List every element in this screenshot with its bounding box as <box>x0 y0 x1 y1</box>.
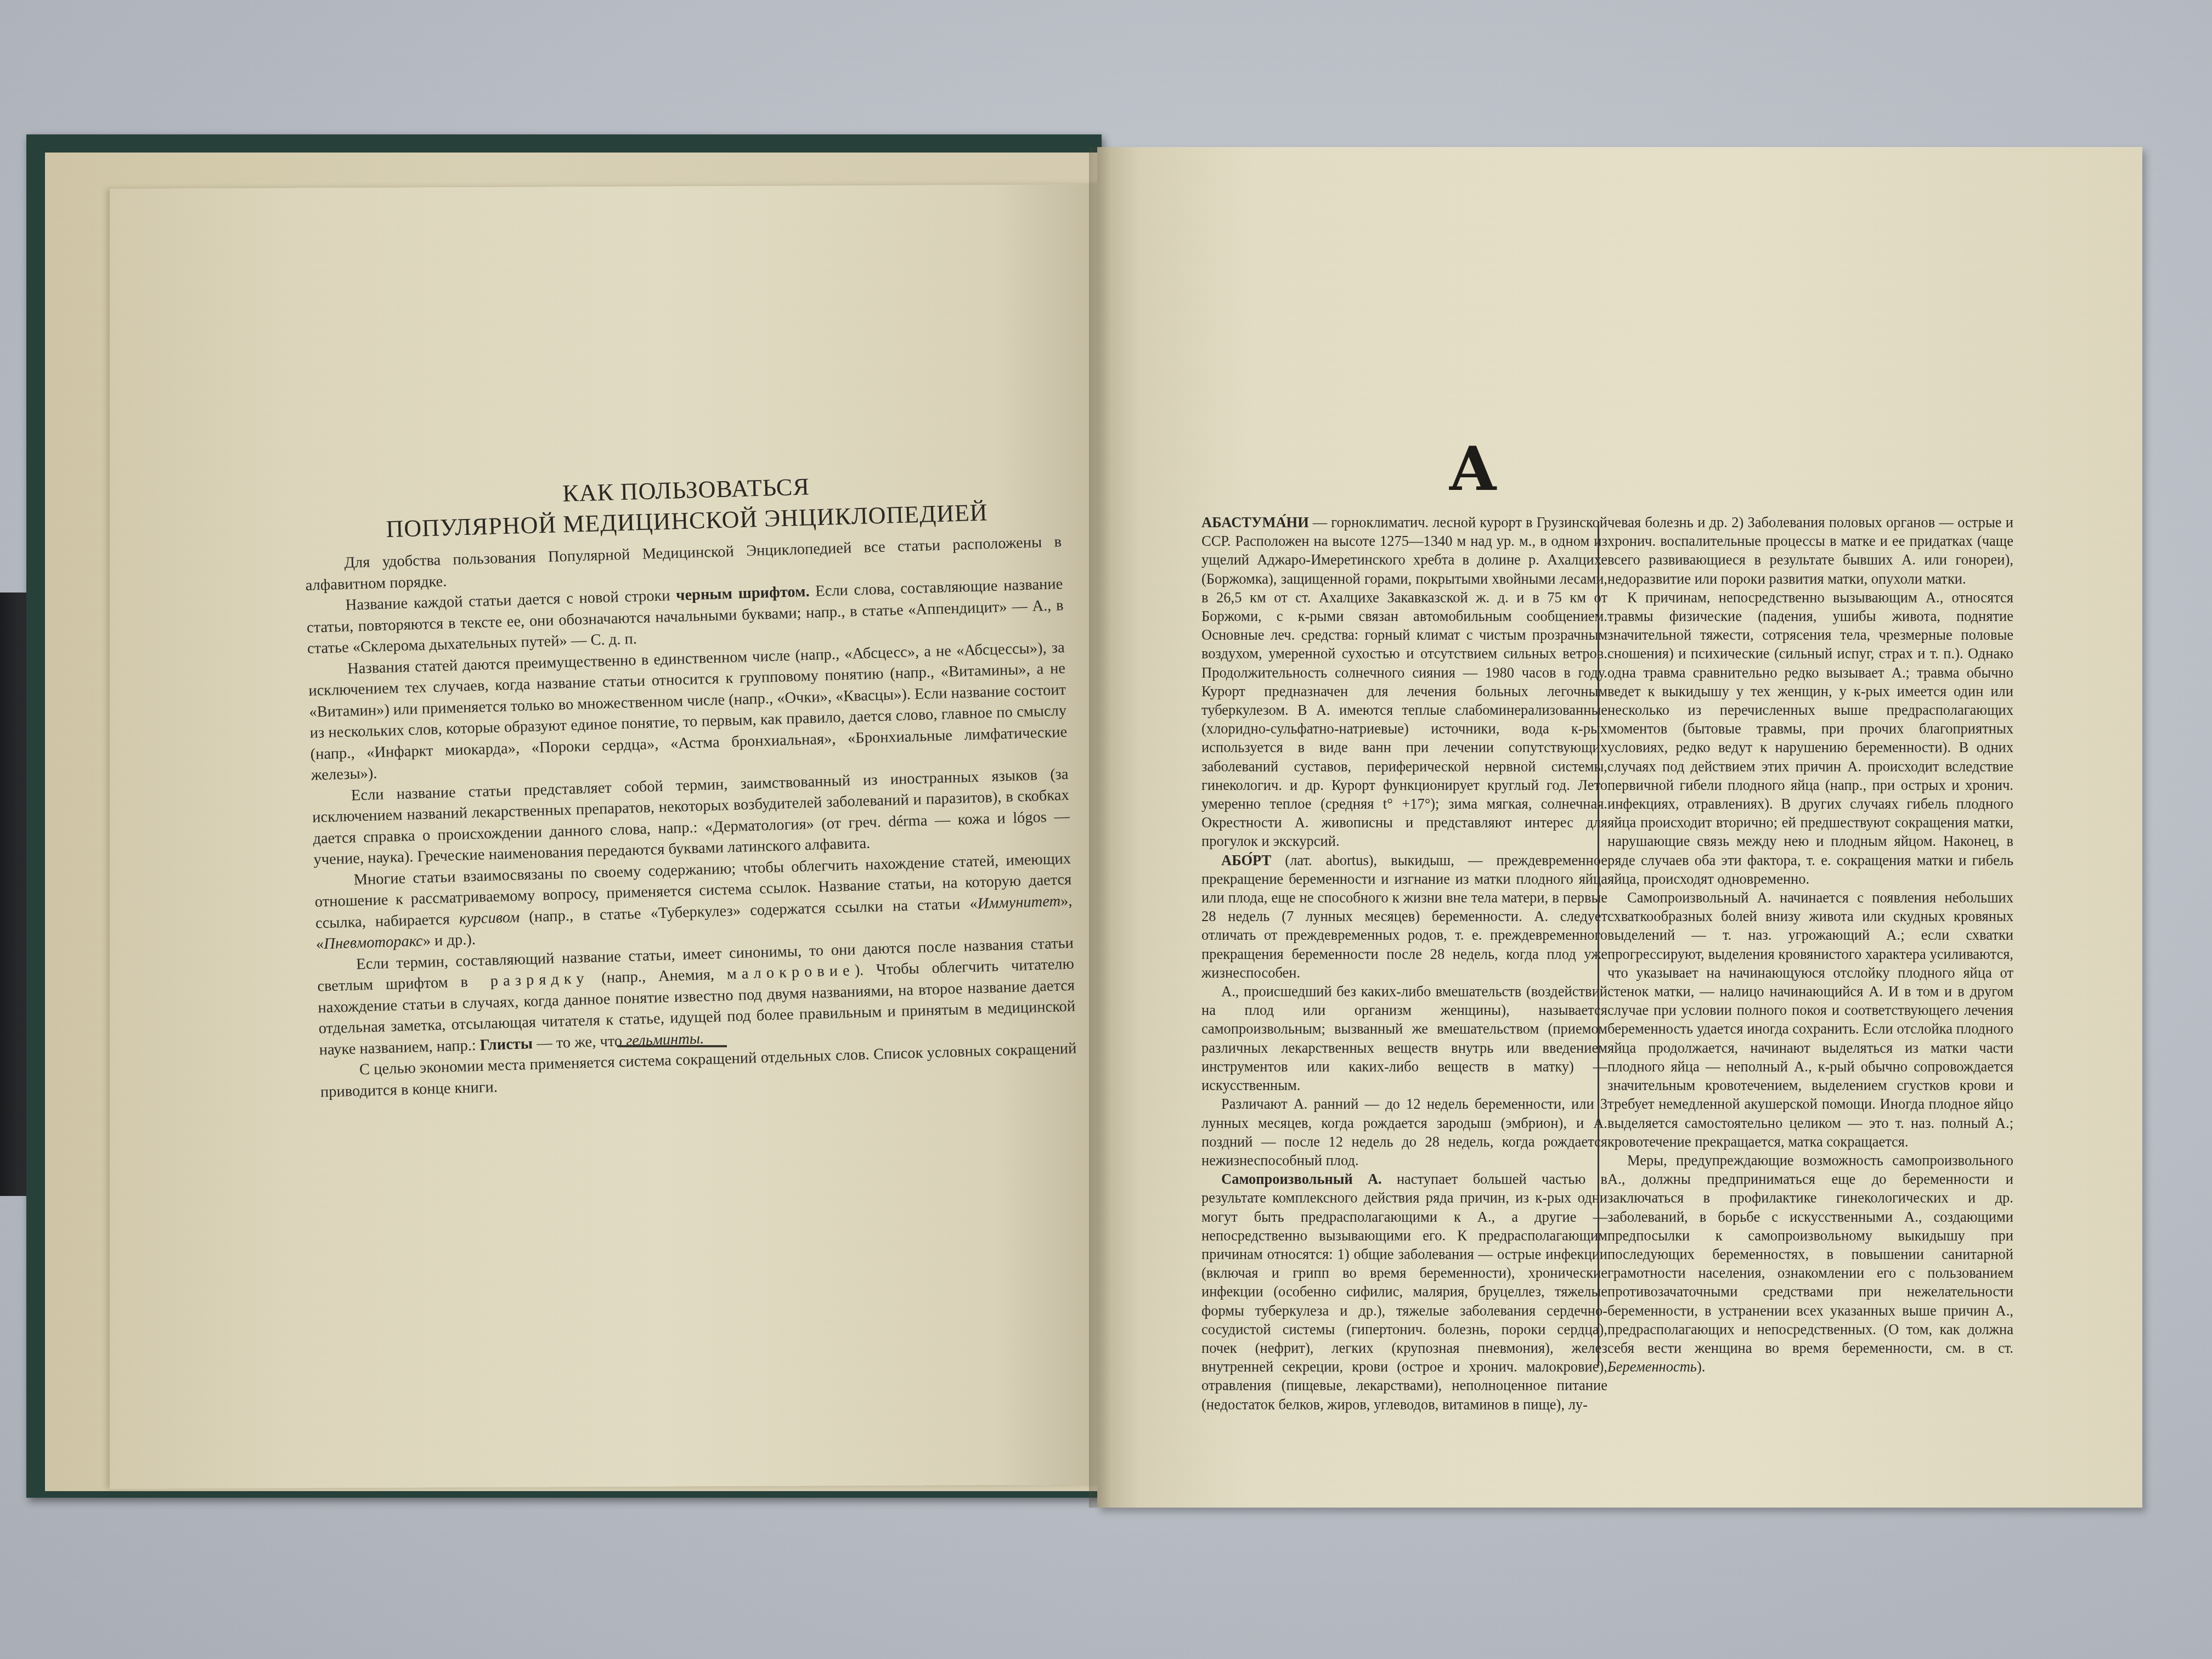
column-divider <box>1598 521 1599 1366</box>
entry-headword: АБО́РТ <box>1221 852 1271 868</box>
cross-reference: Беременность <box>1607 1358 1697 1375</box>
book-gutter <box>1089 147 1111 1508</box>
section-letter: А <box>1448 433 1498 504</box>
paragraph: А., происшедший без каких-либо вмешатель… <box>1201 982 1607 1094</box>
paragraph: Меры, предупреждающие возможность самопр… <box>1607 1151 2013 1376</box>
spaced-term: малокровие <box>726 962 855 983</box>
entry-abort: АБО́РТ (лат. abortus), выкидыш, — прежде… <box>1201 851 1607 982</box>
column-right: чевая болезнь и др. 2) Заболевания полов… <box>1607 513 2013 1376</box>
italic-term: курсивом <box>459 909 520 927</box>
bold-term: черным шрифтом. <box>676 583 810 604</box>
entry-headword: АБАСТУМА́НИ <box>1201 514 1309 531</box>
paragraph: Самопроизвольный А. начинается с появлен… <box>1607 888 2013 1151</box>
paragraph: чевая болезнь и др. 2) Заболевания полов… <box>1607 513 2013 588</box>
paragraph: Названия статей даются преимущественно в… <box>308 637 1068 786</box>
cross-reference: Пневмоторакс <box>324 933 423 952</box>
instructions-body: Для удобства пользования Популярной Меди… <box>304 532 1077 1103</box>
cross-reference: Иммунитет <box>977 893 1060 912</box>
bold-term: Глисты <box>479 1035 533 1054</box>
spaced-term: в разрядку <box>460 970 589 991</box>
subheading: Самопроизвольный А. <box>1221 1171 1382 1187</box>
paragraph: Самопроизвольный А. наступает большей ча… <box>1201 1170 1607 1414</box>
paragraph: К причинам, непосредственно вызывающим А… <box>1607 588 2013 888</box>
paragraph: Различают А. ранний — до 12 недель берем… <box>1201 1094 1607 1170</box>
entry-abastumani: АБАСТУМА́НИ — горноклиматич. лесной куро… <box>1201 513 1607 851</box>
end-rule-divider <box>617 1045 727 1047</box>
column-left: АБАСТУМА́НИ — горноклиматич. лесной куро… <box>1201 513 1607 1414</box>
